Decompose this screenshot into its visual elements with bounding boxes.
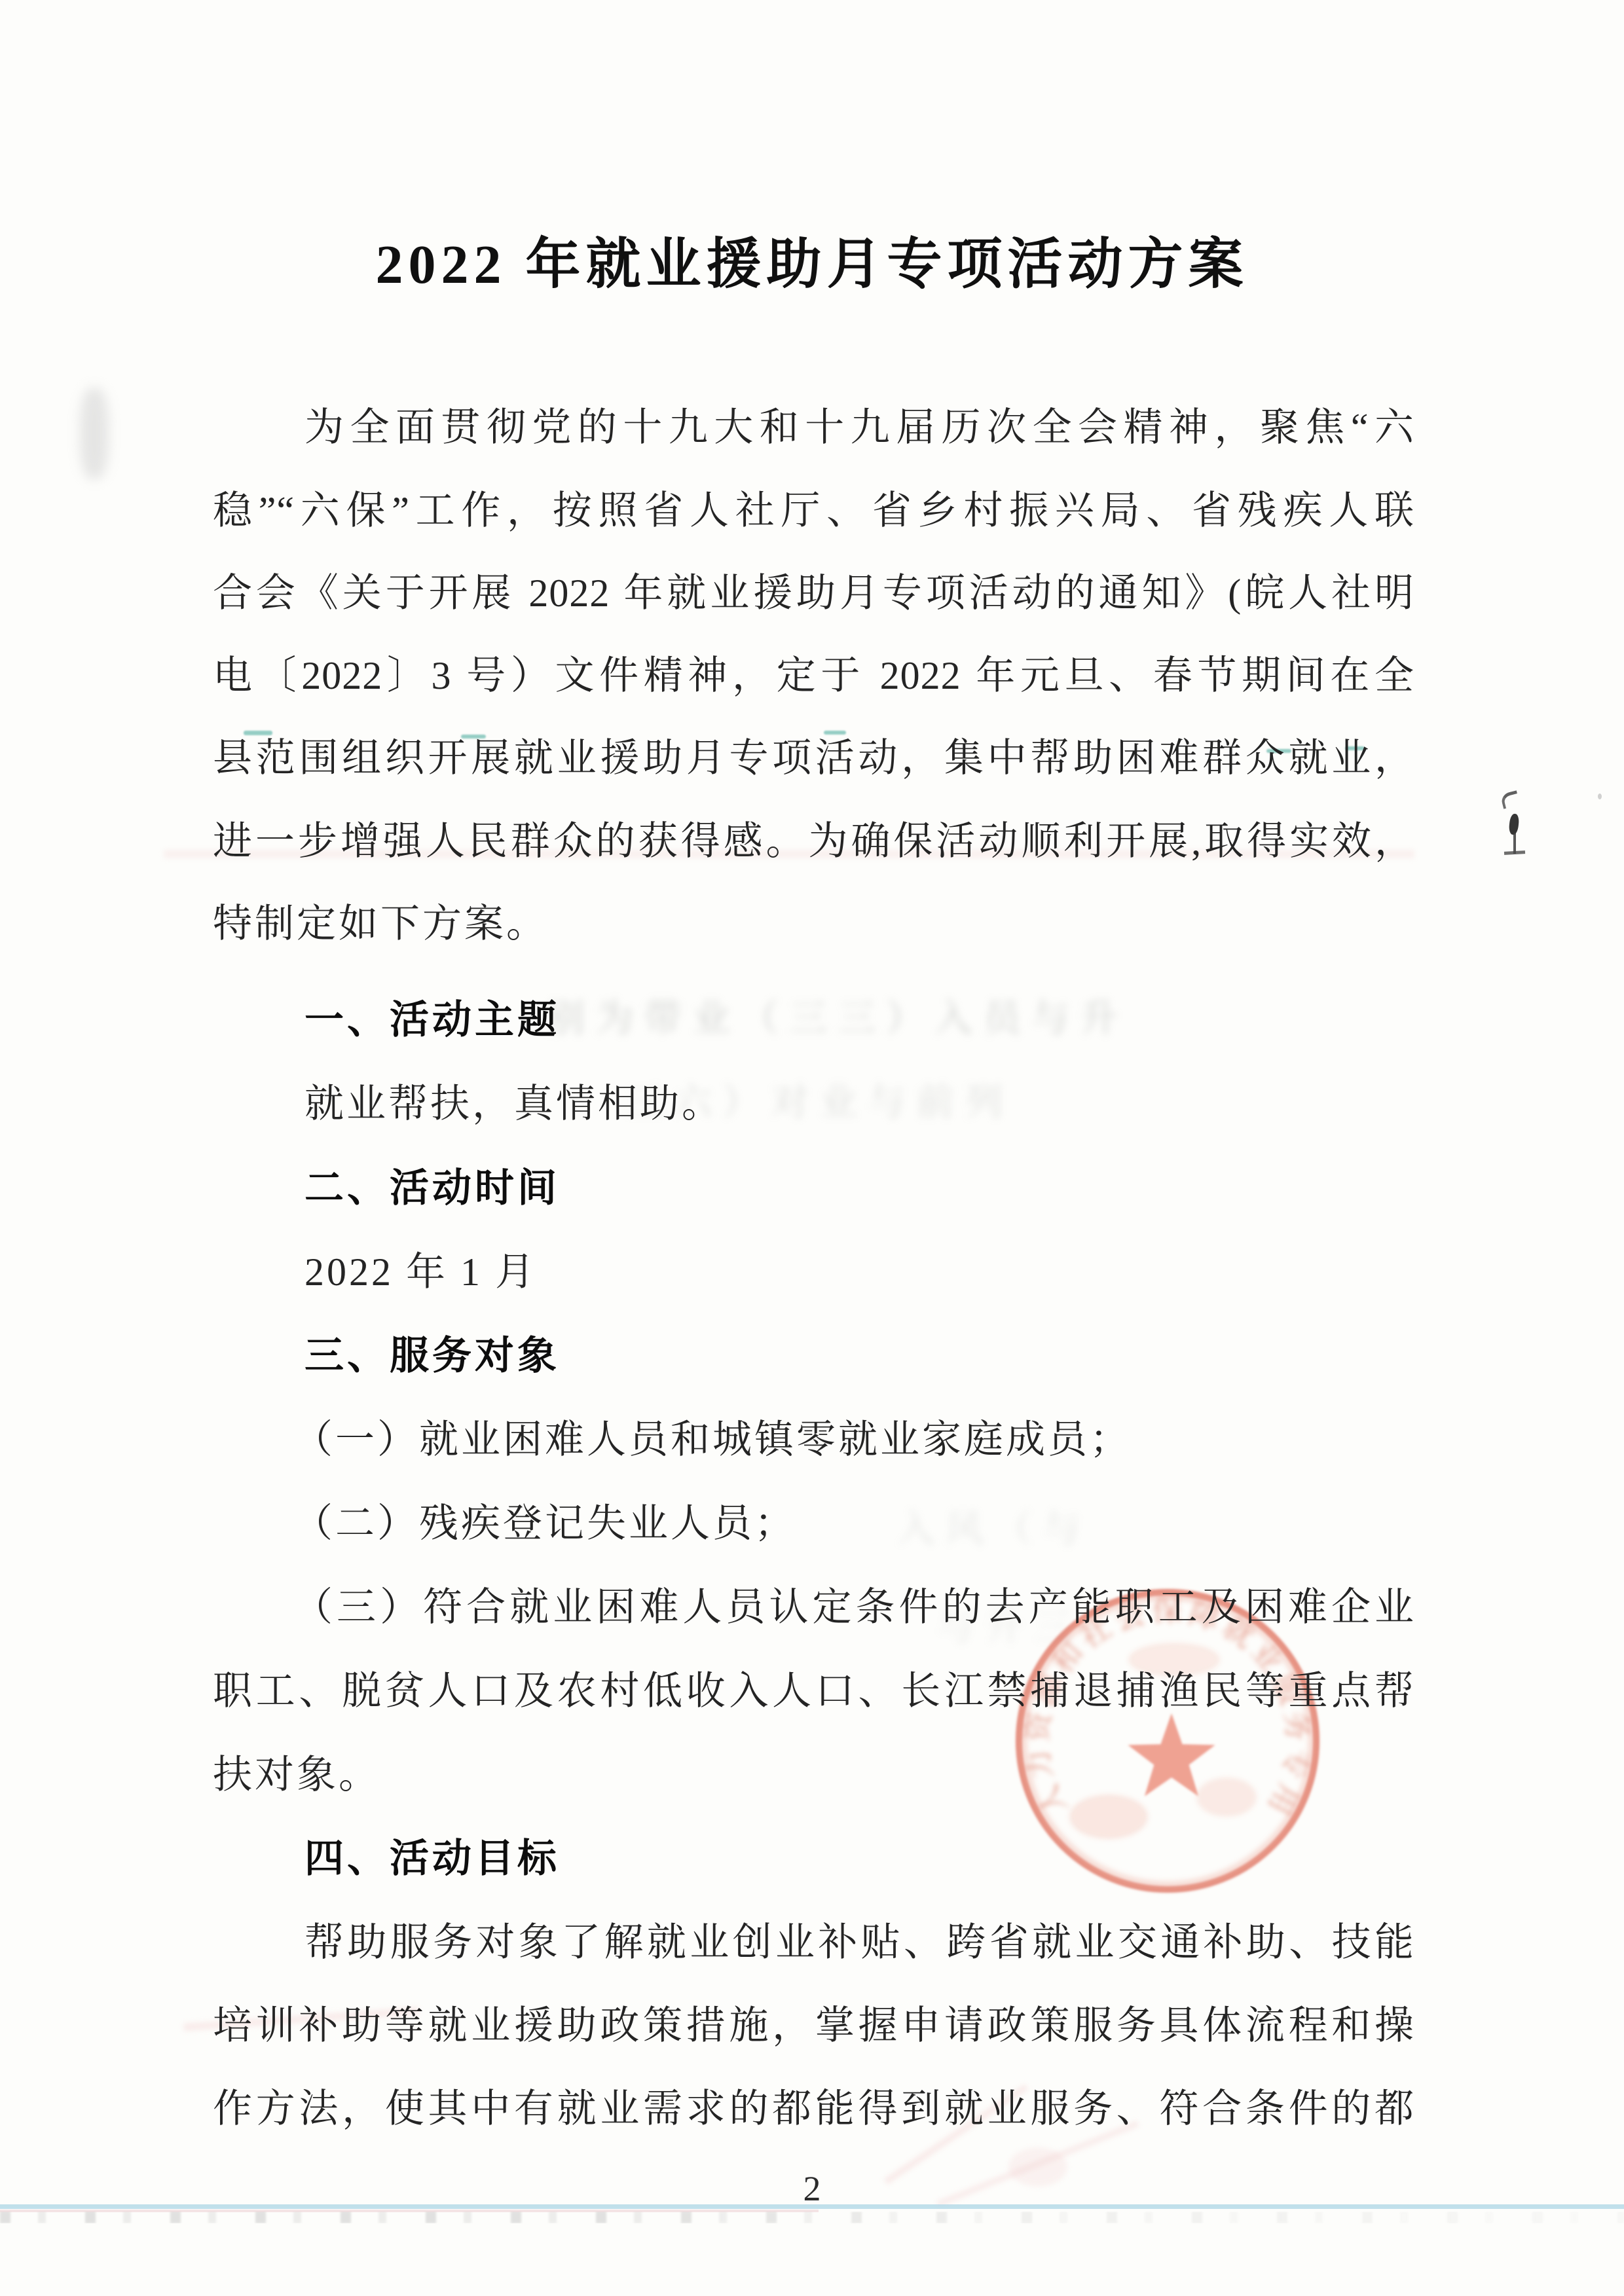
body-line: （一）就业困难人员和城镇零就业家庭成员；: [293, 1412, 1414, 1468]
body-line: 作方法，使其中有就业需求的都能得到就业服务、符合条件的都: [213, 2081, 1414, 2137]
section-heading: 二、活动时间: [304, 1160, 1414, 1216]
body-line: 进一步增强人民群众的获得感。为确保活动顺利开展,取得实效，: [213, 813, 1414, 869]
ink-smudge-dot: [1598, 793, 1602, 799]
scanned-document-page: 别为带业（三三）入员与升 三六）对业与前列 入风（与 与升三: [0, 0, 1624, 2296]
body-line: 就业帮扶，真情相助。: [304, 1076, 1414, 1132]
body-line: 2022 年 1 月: [304, 1244, 1414, 1300]
body-line: 职工、脱贫人口及农村低收入人口、长江禁捕退捕渔民等重点帮: [213, 1663, 1414, 1719]
section-heading: 一、活动主题: [304, 992, 1414, 1048]
body-line: 帮助服务对象了解就业创业补贴、跨省就业交通补助、技能: [304, 1914, 1414, 1971]
body-line: 扶对象。: [213, 1747, 1414, 1803]
body-line: （二）残疾登记失业人员；: [293, 1495, 1414, 1552]
body-line: 合会《关于开展 2022 年就业援助月专项活动的通知》(皖人社明: [213, 565, 1414, 621]
document-title: 2022 年就业援助月专项活动方案: [0, 220, 1624, 299]
section-heading: 三、服务对象: [304, 1328, 1414, 1384]
scanner-artifact-line-blue: [0, 2204, 1624, 2209]
body-line: 特制定如下方案。: [213, 896, 1414, 952]
body-line: 稳”“六保”工作，按照省人社厅、省乡村振兴局、省残疾人联: [213, 483, 1414, 539]
body-line: 县范围组织开展就业援助月专项活动，集中帮助困难群众就业，: [213, 730, 1414, 786]
body-line: 培训补助等就业援助政策措施，掌握申请政策服务具体流程和操: [213, 1997, 1414, 2054]
body-line: （三）符合就业困难人员认定条件的去产能职工及困难企业: [293, 1579, 1414, 1635]
body-line: 电〔2022〕3 号）文件精神，定于 2022 年元旦、春节期间在全: [213, 647, 1414, 704]
scanner-artifact-speckles: [0, 2212, 1624, 2223]
document-text-layer: 2022 年就业援助月专项活动方案 为全面贯彻党的十九大和十九届历次全会精神，聚…: [0, 0, 1624, 2296]
section-heading: 四、活动目标: [304, 1831, 1414, 1887]
body-line: 为全面贯彻党的十九大和十九届历次全会精神，聚焦“六: [304, 399, 1414, 456]
page-number: 2: [0, 2168, 1624, 2209]
